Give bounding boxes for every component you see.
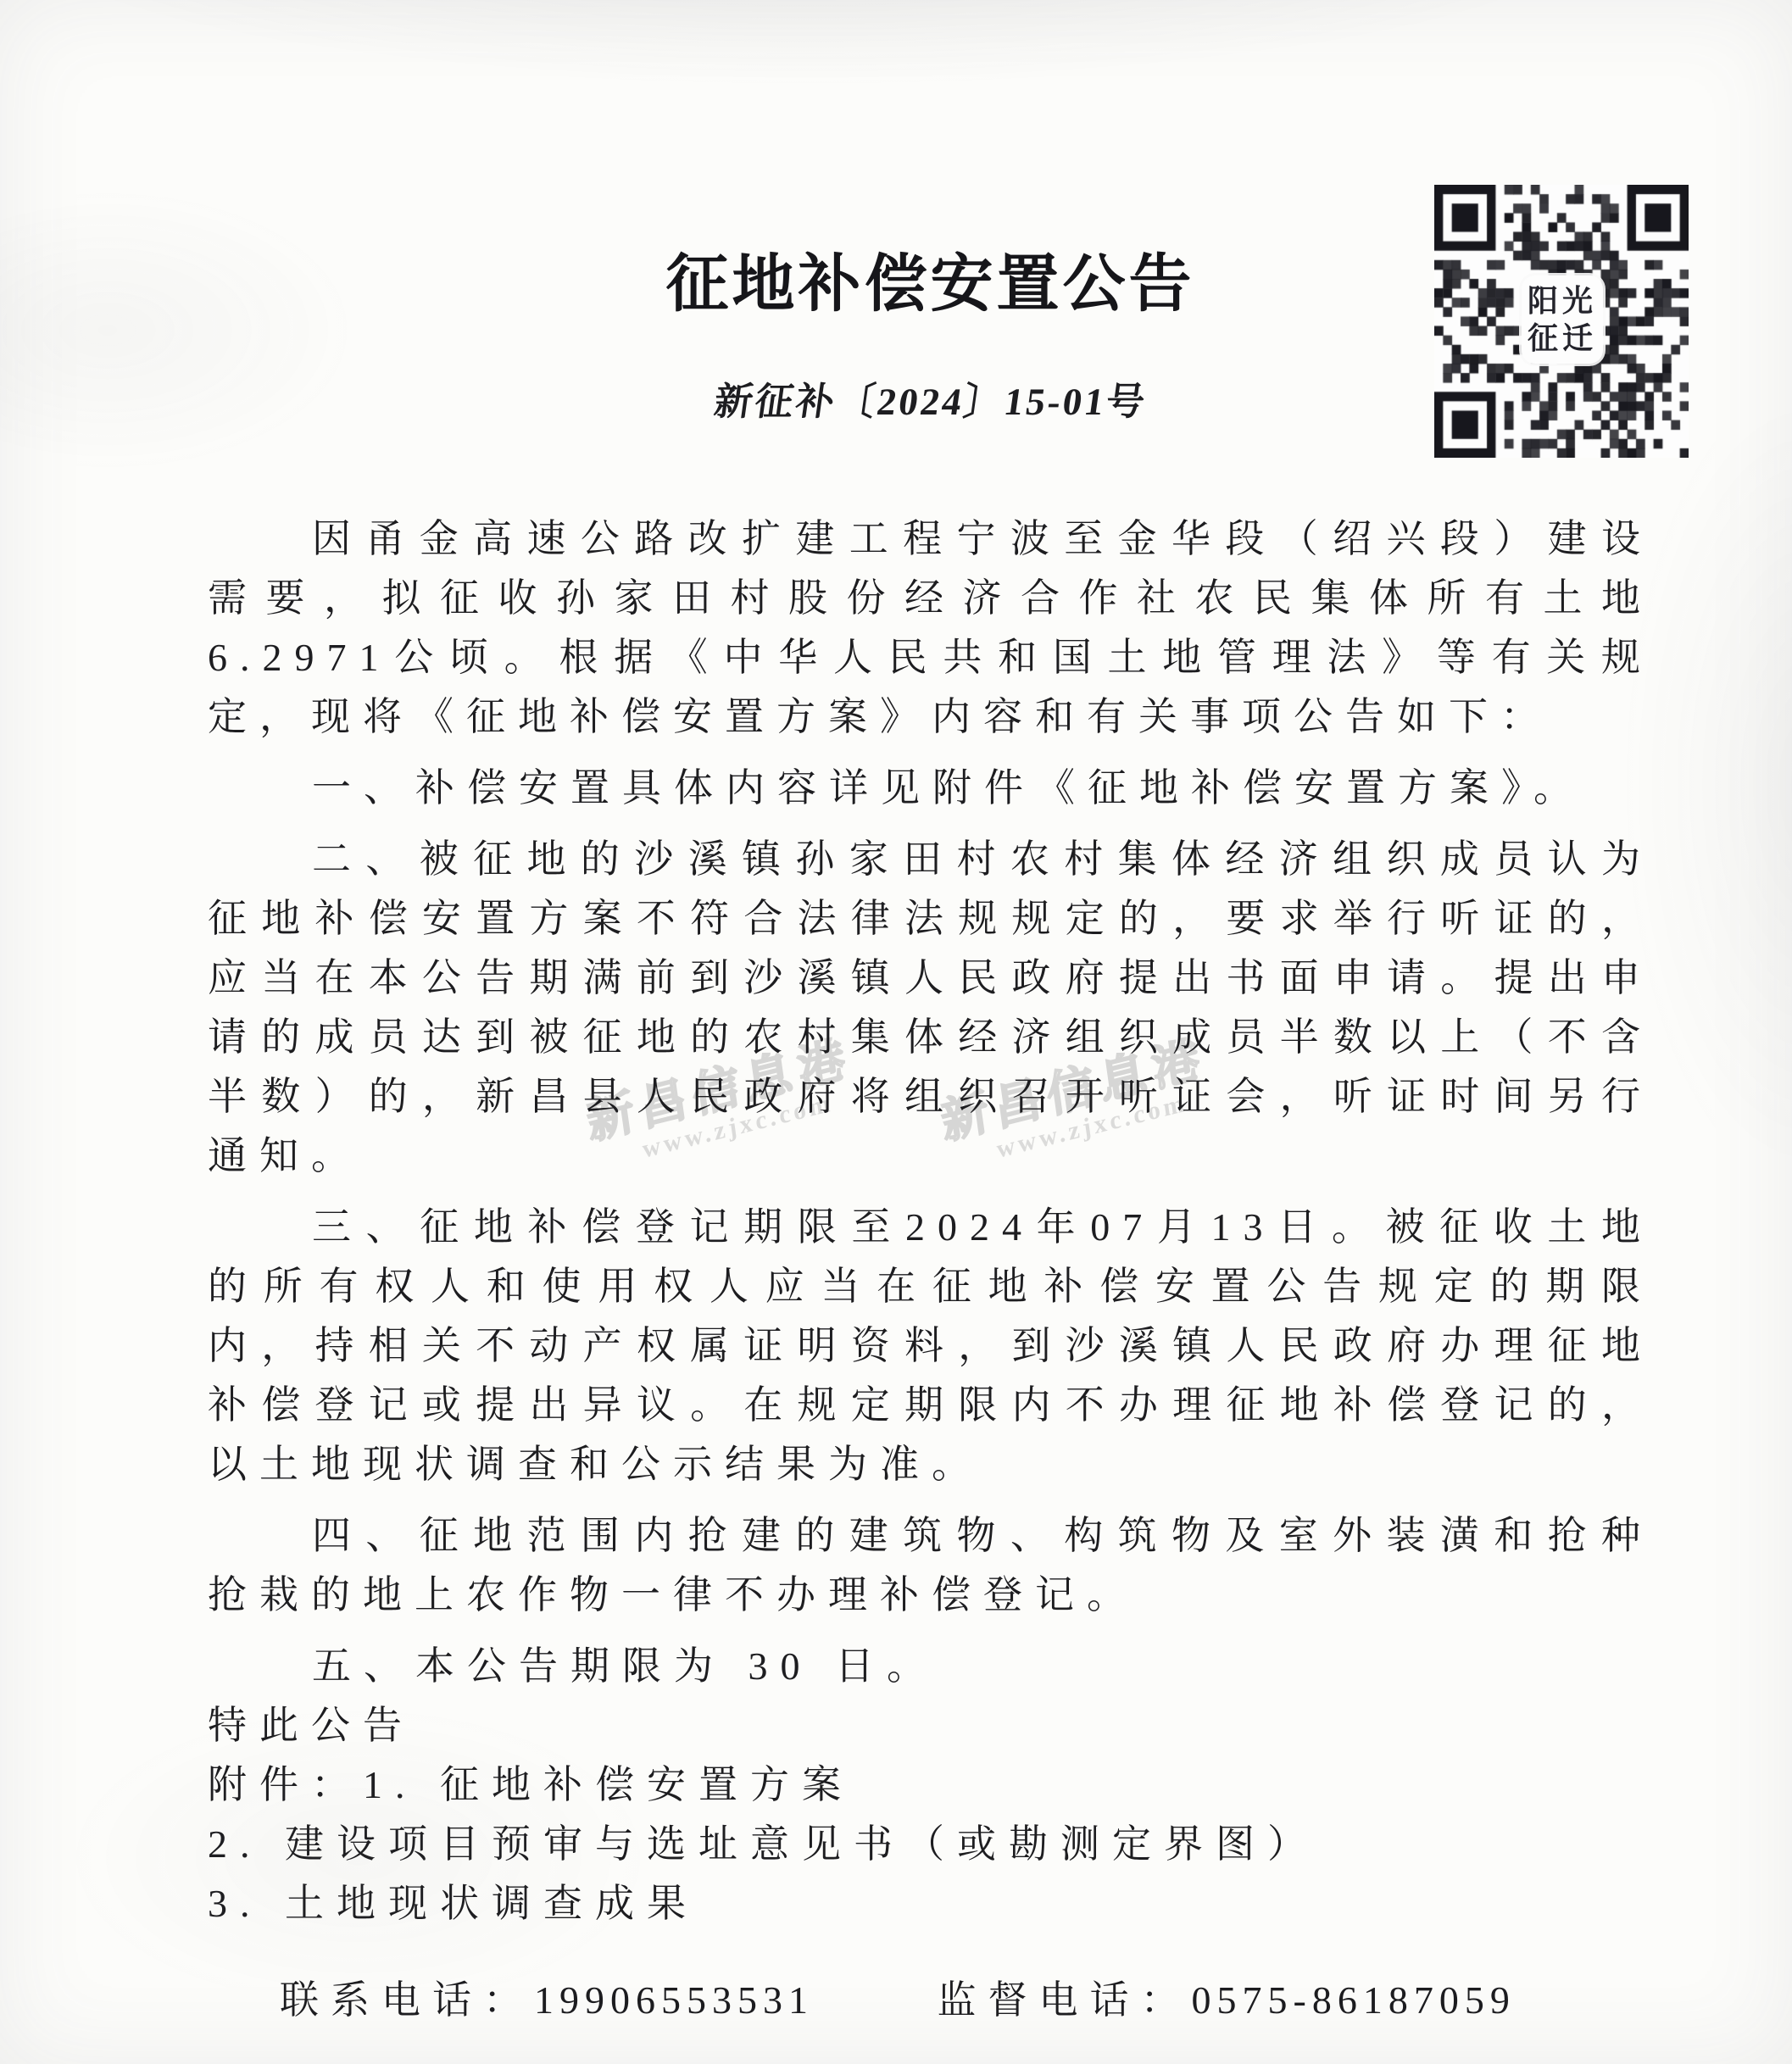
intro-paragraph: 因甬金高速公路改扩建工程宁波至金华段（绍兴段）建设需要，拟征收孙家田村股份经济合…	[208, 509, 1653, 747]
qr-center-logo: 阳光征迁	[1522, 275, 1603, 364]
attachment-item-2: 2. 建设项目预审与选址意见书（或勘测定界图）	[208, 1815, 1653, 1874]
item-3-paragraph: 三、征地补偿登记期限至2024年07月13日。被征收土地的所有权人和使用权人应当…	[208, 1198, 1653, 1494]
attachment-item-3: 3. 土地现状调查成果	[208, 1874, 1653, 1933]
qr-center-label: 阳光征迁	[1528, 282, 1597, 357]
supervise-phone-label: 监督电话：	[938, 1978, 1192, 2022]
scanned-announcement-page: 阳光征迁 新昌信息港 www.zjxc.com 新昌信息港 www.zjxc.c…	[0, 0, 1792, 2064]
attachments-line: 附件：1. 征地补偿安置方案	[208, 1755, 1653, 1815]
attachment-item-1: 1. 征地补偿安置方案	[363, 1763, 854, 1806]
item-5-paragraph: 五、本公告期限为 30 日。	[208, 1637, 1653, 1696]
contact-phone-label: 联系电话：	[280, 1978, 534, 2022]
contact-phone-number: 19906553531	[534, 1978, 814, 2022]
announcement-body: 因甬金高速公路改扩建工程宁波至金华段（绍兴段）建设需要，拟征收孙家田村股份经济合…	[208, 509, 1653, 2030]
item-1-paragraph: 一、补偿安置具体内容详见附件《征地补偿安置方案》。	[208, 759, 1653, 818]
qr-code: 阳光征迁	[1434, 185, 1689, 458]
closing-phrase: 特此公告	[208, 1696, 1653, 1755]
attachments-label: 附件：	[208, 1763, 363, 1806]
supervise-phone-number: 0575-86187059	[1192, 1978, 1516, 2022]
doc-number-text: 新征补〔2024〕15-01号	[711, 379, 1150, 425]
footer-phones: 联系电话：19906553531 监督电话：0575-86187059	[208, 1971, 1653, 2030]
item-2-paragraph: 二、被征地的沙溪镇孙家田村农村集体经济组织成员认为征地补偿安置方案不符合法律法规…	[208, 830, 1653, 1186]
item-4-paragraph: 四、征地范围内抢建的建筑物、构筑物及室外装潢和抢种抢栽的地上农作物一律不办理补偿…	[208, 1506, 1653, 1625]
